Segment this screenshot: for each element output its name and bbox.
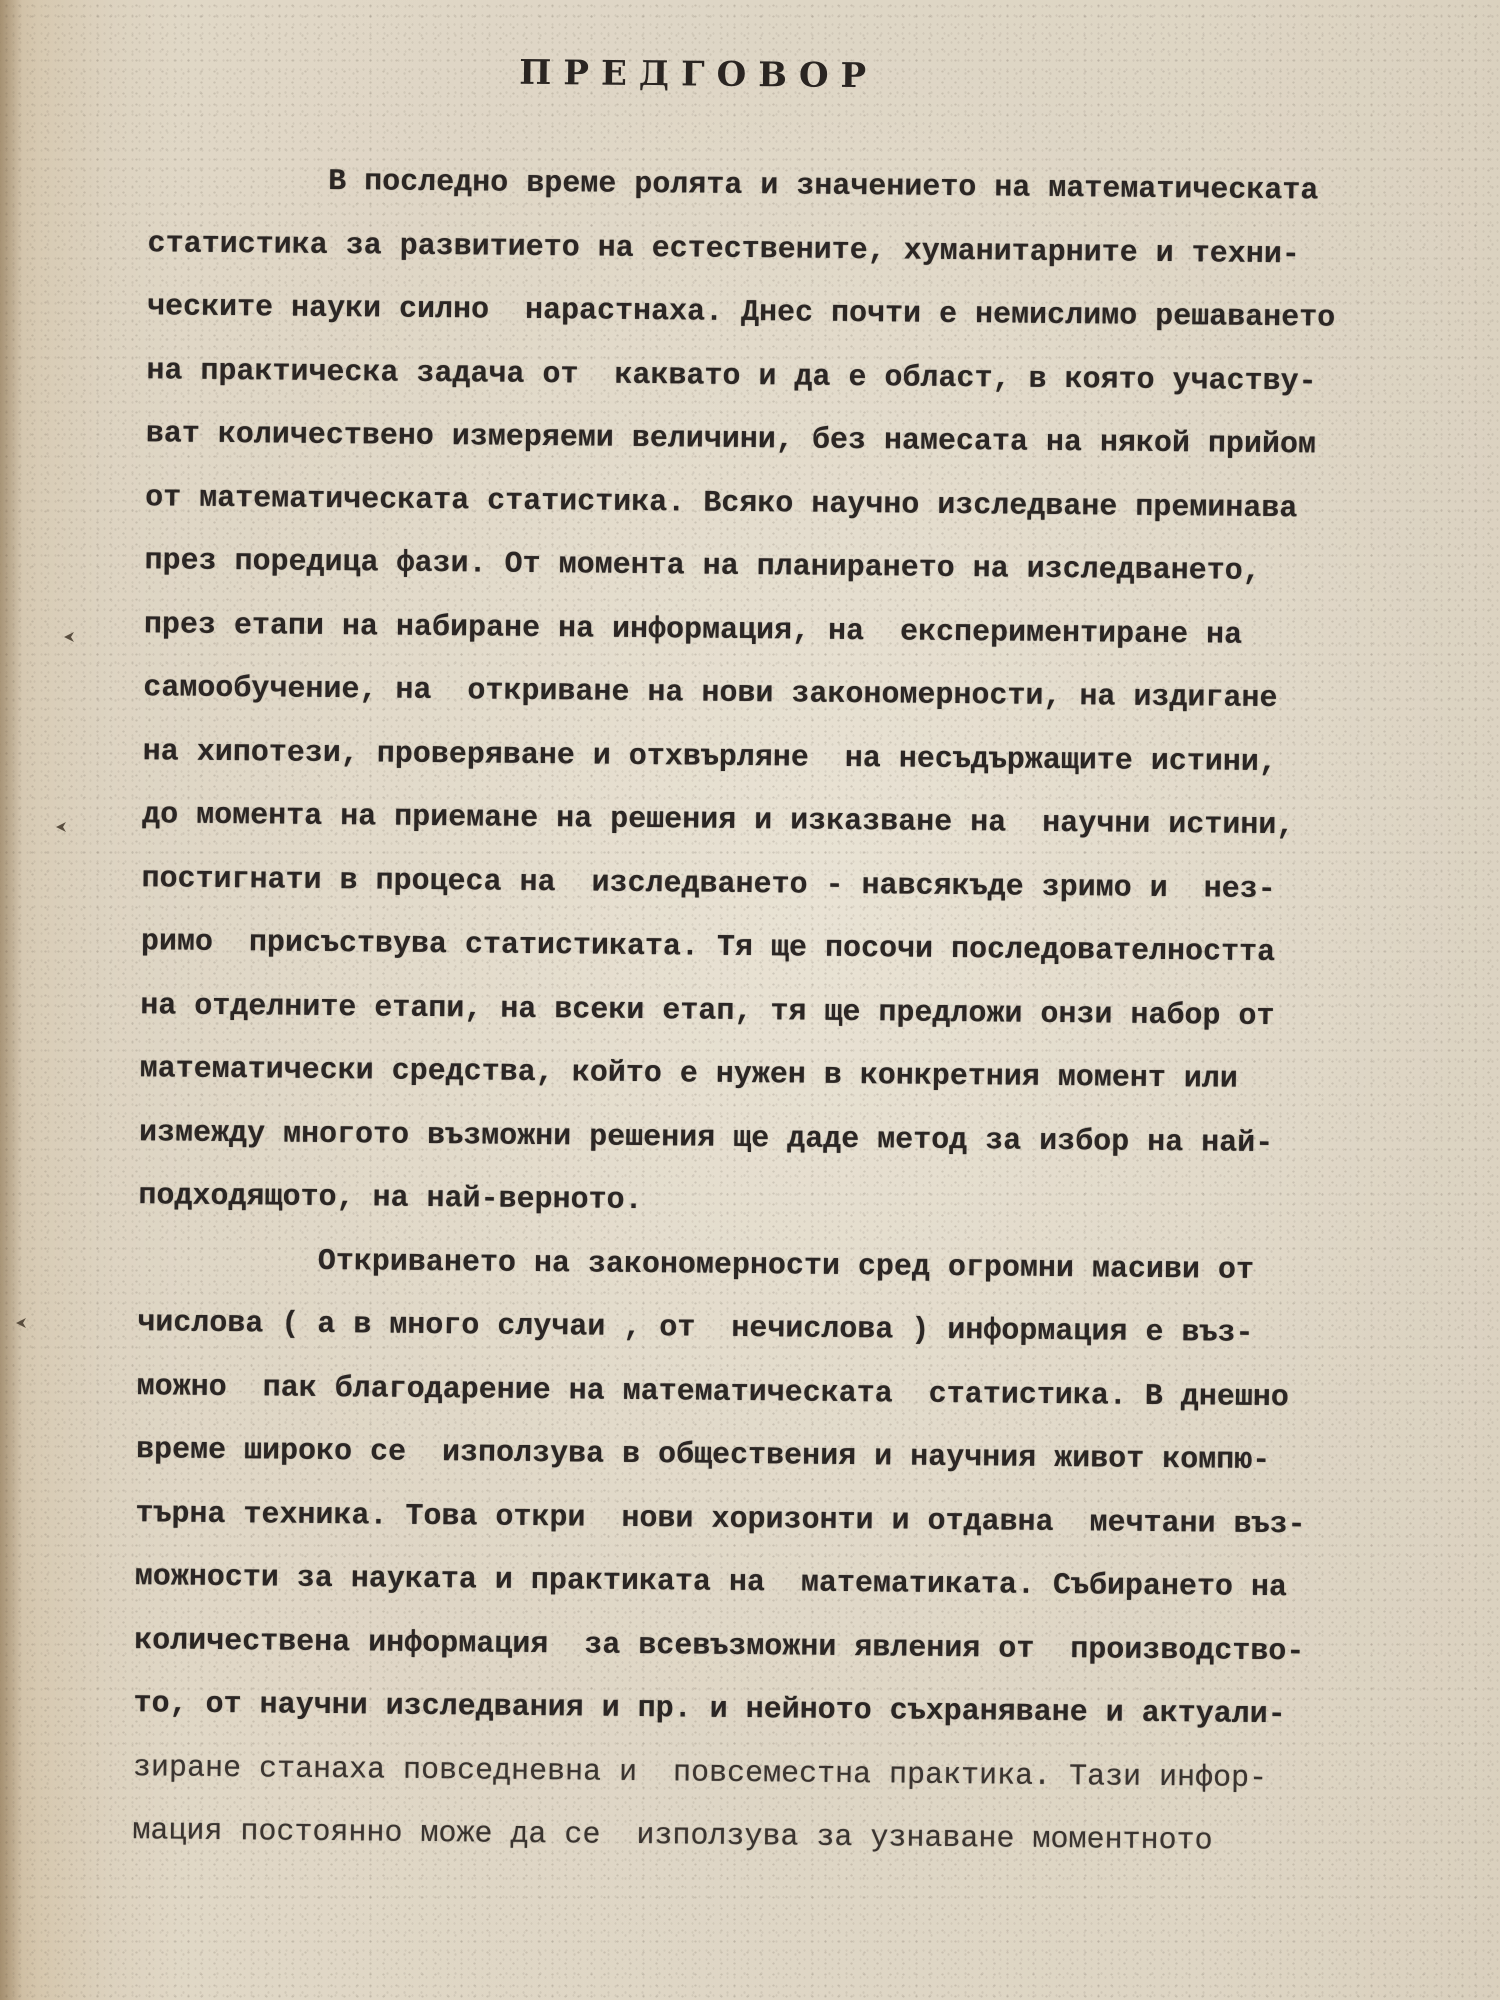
text-line: можности за науката и практиката на мате…	[135, 1546, 1436, 1622]
text-line: математически средства, който е нужен в …	[139, 1038, 1440, 1114]
text-line: ват количествено измеряеми величини, без…	[145, 403, 1446, 479]
text-line: римо присъствува статистиката. Тя ще пос…	[141, 911, 1442, 987]
text-line: подходящото, на най-верното.	[138, 1165, 1439, 1241]
text-line: числова ( а в много случаи , от нечислов…	[137, 1292, 1438, 1368]
document-body: В последно време ролята и значението на …	[132, 149, 1448, 1876]
page-title: ПРЕДГОВОР	[519, 53, 878, 96]
scanned-page: ПРЕДГОВОР В последно време ролята и знач…	[0, 0, 1500, 2000]
paragraph-1: В последно време ролята и значението на …	[138, 149, 1448, 1241]
text-line: до момента на приемане на решения и изка…	[142, 784, 1443, 860]
text-line: мация постоянно може да се използува за …	[132, 1800, 1433, 1876]
typed-sheet: ПРЕДГОВОР В последно време ролята и знач…	[0, 0, 1500, 2000]
text-line: през поредица фази. От момента на планир…	[144, 530, 1445, 606]
text-line: ческите науки силно нарастнаха. Днес поч…	[147, 276, 1448, 352]
text-line: то, от научни изследвания и пр. и нейнот…	[133, 1673, 1434, 1749]
text-line: В последно време ролята и значението на …	[148, 149, 1449, 225]
text-line: време широко се използува в обществения …	[136, 1419, 1437, 1495]
text-line: самообучение, на откриване на нови закон…	[143, 657, 1444, 733]
paragraph-2: Откриването на закономерности сред огром…	[132, 1229, 1438, 1876]
